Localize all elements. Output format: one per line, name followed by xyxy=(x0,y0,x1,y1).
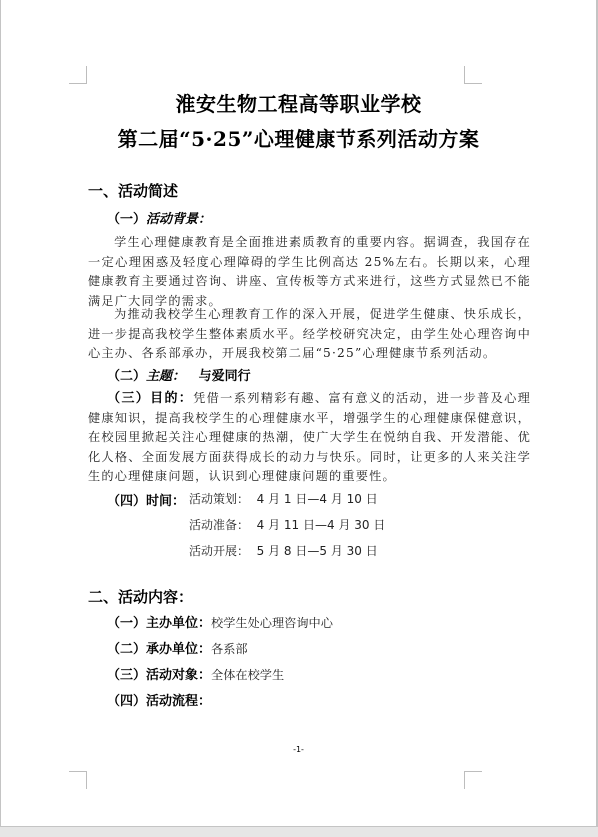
purpose-paragraph: （三）目的：凭借一系列精彩有趣、富有意义的活动，进一步普及心理健康知识，提高我校… xyxy=(88,389,531,487)
section2-heading: 二、活动内容： xyxy=(88,586,193,607)
section2-item: （四）活动流程： xyxy=(107,690,211,709)
document-page: 淮安生物工程高等职业学校 第二届“5·25”心理健康节系列活动方案 一、活动简述… xyxy=(0,0,598,827)
section2-item: （二）承办单位：各系部 xyxy=(107,638,248,657)
sub1-title: 活动背景： xyxy=(146,212,211,227)
section2-item: （一）主办单位：校学生处心理咨询中心 xyxy=(107,612,333,631)
document-title: 淮安生物工程高等职业学校 xyxy=(1,88,596,117)
section1-sub1-heading: （一）活动背景： xyxy=(107,208,211,227)
schedule-row: 活动准备： 4 月 11 日—4 月 30 日 xyxy=(189,516,385,533)
background-paragraph-2: 为推动我校学生心理教育工作的深入开展，促进学生健康、快乐成长，进一步提高我校学生… xyxy=(88,305,531,364)
document-subtitle: 第二届“5·25”心理健康节系列活动方案 xyxy=(1,123,596,152)
schedule-row: 活动策划： 4 月 1 日—4 月 10 日 xyxy=(189,490,378,507)
page-number: -1- xyxy=(1,745,596,754)
theme-value: 与爱同行 xyxy=(199,369,251,384)
section2-item: （三）活动对象：全体在校学生 xyxy=(107,664,284,683)
schedule-row: 活动开展： 5 月 8 日—5 月 30 日 xyxy=(189,542,378,559)
section1-sub2-heading: （二）主题： 与爱同行 xyxy=(107,365,251,384)
sub1-label: （一） xyxy=(107,212,146,227)
crop-mark-top-left xyxy=(69,66,87,84)
section1-heading: 一、活动简述 xyxy=(88,180,178,201)
crop-mark-bottom-right xyxy=(464,771,482,789)
crop-mark-top-right xyxy=(464,66,482,84)
background-paragraph-1: 学生心理健康教育是全面推进素质教育的重要内容。据调查，我国存在一定心理困惑及轻度… xyxy=(88,233,531,311)
crop-mark-bottom-left xyxy=(69,771,87,789)
time-label: （四）时间： xyxy=(107,490,185,509)
purpose-label: （三）目的： xyxy=(107,391,193,406)
